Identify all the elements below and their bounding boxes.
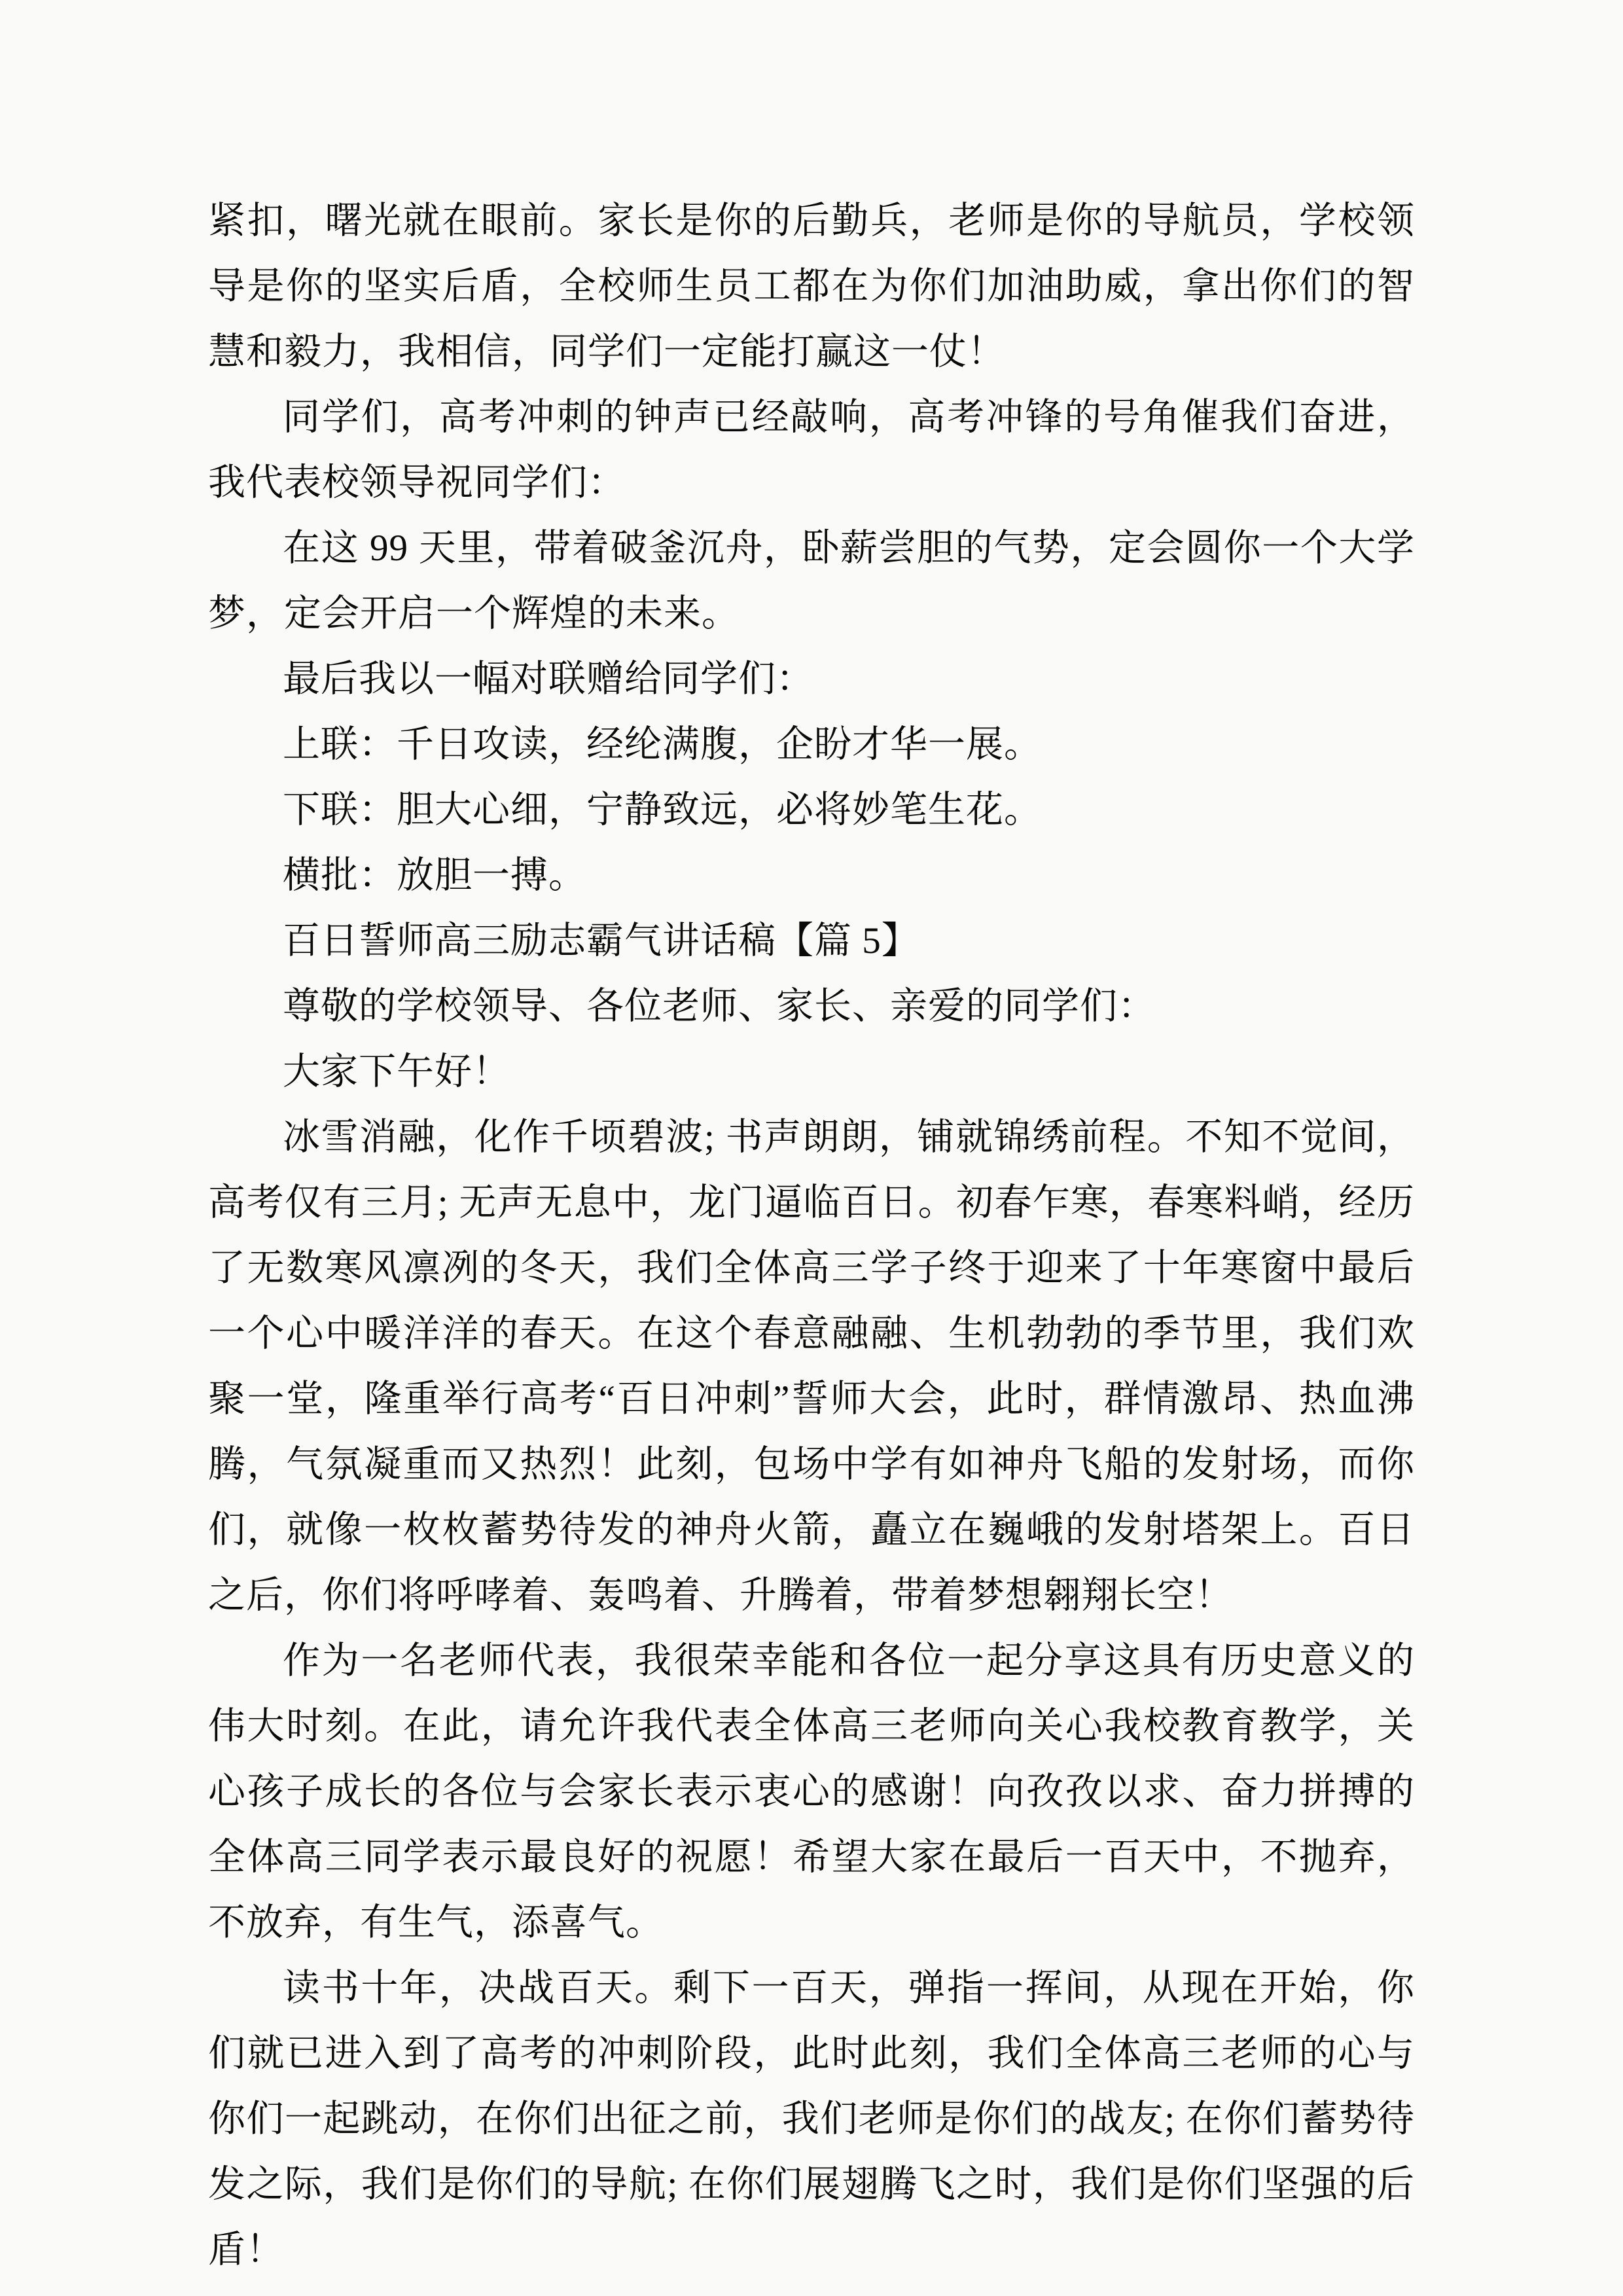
paragraph: 读书十年，决战百天。剩下一百天，弹指一挥间，从现在开始，你们就已进入到了高考的冲… <box>208 1956 1415 2283</box>
paragraph-greeting: 大家下午好！ <box>208 1039 1415 1105</box>
paragraph-couplet-lower: 下联：胆大心细，宁静致远，必将妙笔生花。 <box>208 778 1415 843</box>
paragraph: 紧扣，曙光就在眼前。家长是你的后勤兵，老师是你的导航员，学校领导是你的坚实后盾，… <box>208 188 1415 385</box>
paragraph: 冰雪消融，化作千顷碧波; 书声朗朗，铺就锦绣前程。不知不觉间，高考仅有三月; 无… <box>208 1105 1415 1628</box>
section-title: 百日誓师高三励志霸气讲话稿【篇 5】 <box>208 908 1415 974</box>
paragraph: 最后我以一幅对联赠给同学们： <box>208 647 1415 712</box>
paragraph: 作为一名老师代表，我很荣幸能和各位一起分享这具有历史意义的伟大时刻。在此，请允许… <box>208 1628 1415 1956</box>
paragraph-salutation: 尊敬的学校领导、各位老师、家长、亲爱的同学们： <box>208 974 1415 1039</box>
document-body: 紧扣，曙光就在眼前。家长是你的后勤兵，老师是你的导航员，学校领导是你的坚实后盾，… <box>208 188 1415 2283</box>
paragraph-couplet-banner: 横批：放胆一搏。 <box>208 843 1415 908</box>
paragraph: 在这 99 天里，带着破釜沉舟，卧薪尝胆的气势，定会圆你一个大学梦，定会开启一个… <box>208 516 1415 647</box>
paragraph-couplet-upper: 上联：千日攻读，经纶满腹，企盼才华一展。 <box>208 712 1415 778</box>
paragraph: 同学们，高考冲刺的钟声已经敲响，高考冲锋的号角催我们奋进，我代表校领导祝同学们： <box>208 385 1415 516</box>
document-page: 紧扣，曙光就在眼前。家长是你的后勤兵，老师是你的导航员，学校领导是你的坚实后盾，… <box>0 0 1623 2296</box>
